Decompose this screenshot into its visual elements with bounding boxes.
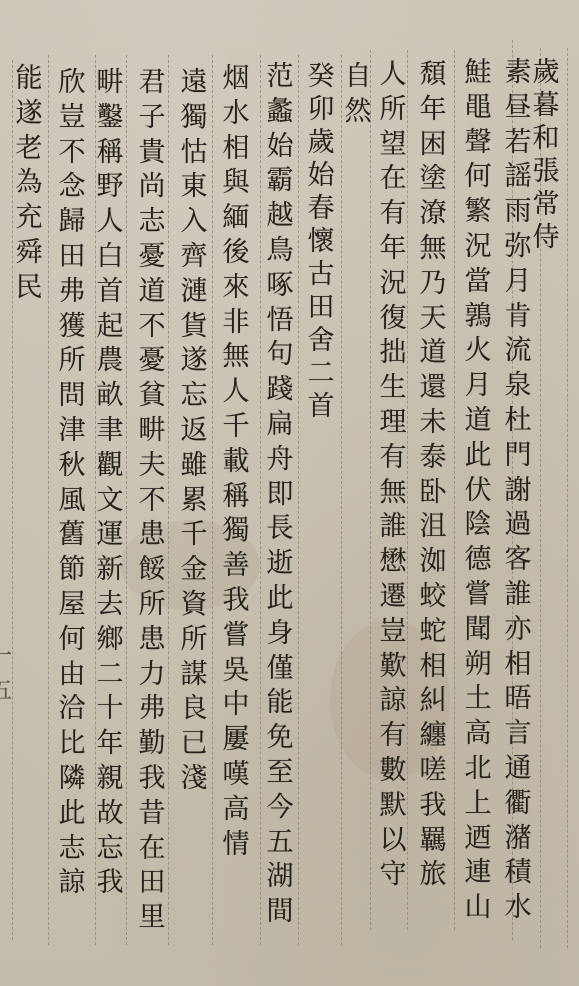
glyph: 相 [420, 650, 447, 685]
glyph: 言 [505, 717, 532, 752]
glyph: 田 [59, 240, 86, 275]
glyph: 老 [16, 132, 43, 167]
glyph: 上 [465, 787, 492, 822]
glyph: 稱 [97, 136, 124, 171]
glyph: 充 [16, 201, 43, 236]
glyph: 里 [139, 901, 166, 936]
glyph: 道 [139, 275, 166, 310]
glyph: 良 [181, 692, 208, 727]
glyph: 漣 [181, 275, 208, 310]
glyph: 頹 [420, 58, 447, 93]
glyph: 起 [97, 310, 124, 345]
glyph: 過 [505, 508, 532, 543]
glyph: 遠 [181, 66, 208, 101]
glyph: 二 [308, 357, 335, 390]
glyph: 昔 [139, 797, 166, 832]
glyph: 衢 [505, 787, 532, 822]
glyph: 昼 [505, 91, 532, 126]
glyph: 還 [420, 371, 447, 406]
glyph: 懋 [380, 545, 407, 580]
glyph: 吳 [223, 654, 250, 689]
glyph: 年 [97, 727, 124, 762]
glyph: 繁 [465, 195, 492, 230]
glyph: 火 [465, 334, 492, 369]
glyph: 入 [181, 205, 208, 240]
glyph: 子 [139, 101, 166, 136]
glyph: 親 [97, 762, 124, 797]
glyph: 年 [380, 232, 407, 267]
glyph: 洽 [59, 692, 86, 727]
text-column-9: 烟水相與緬後來非無人千載稱獨善我嘗吳中屢嘆高情 [218, 62, 254, 862]
glyph: 獲 [59, 310, 86, 345]
glyph: 豈 [380, 615, 407, 650]
glyph: 後 [223, 236, 250, 271]
glyph: 道 [420, 336, 447, 371]
glyph: 高 [223, 793, 250, 828]
glyph: 無 [380, 476, 407, 511]
text-column-10: 遠獨怙東入齊漣貨遂忘返雖累千金資所謀良已淺 [176, 66, 212, 797]
glyph: 情 [223, 828, 250, 863]
glyph: 以 [380, 824, 407, 859]
glyph: 懷 [308, 225, 335, 258]
glyph: 勤 [139, 727, 166, 762]
glyph: 伏 [465, 474, 492, 509]
glyph: 患 [139, 623, 166, 658]
glyph: 東 [181, 170, 208, 205]
glyph: 泉 [505, 369, 532, 404]
glyph: 張 [533, 155, 560, 188]
glyph: 緬 [223, 201, 250, 236]
glyph: 忘 [181, 379, 208, 414]
glyph: 鶉 [465, 300, 492, 335]
glyph: 雖 [181, 449, 208, 484]
text-column-14: 能遂老為充舜民 [14, 62, 44, 306]
glyph: 問 [59, 379, 86, 414]
glyph: 謡 [505, 160, 532, 195]
glyph: 人 [223, 375, 250, 410]
column-rule [260, 55, 261, 945]
glyph: 始 [308, 159, 335, 192]
glyph: 身 [267, 617, 294, 652]
glyph: 自 [345, 60, 372, 95]
glyph: 今 [267, 791, 294, 826]
glyph: 我 [97, 866, 124, 901]
glyph: 客 [505, 543, 532, 578]
glyph: 數 [380, 754, 407, 789]
glyph: 土 [465, 682, 492, 717]
glyph: 免 [267, 721, 294, 756]
glyph: 越 [267, 199, 294, 234]
glyph: 資 [181, 588, 208, 623]
glyph: 不 [59, 136, 86, 171]
glyph: 五 [267, 826, 294, 861]
glyph: 泰 [420, 441, 447, 476]
glyph: 去 [97, 588, 124, 623]
glyph: 嘗 [465, 578, 492, 613]
glyph: 我 [223, 584, 250, 619]
glyph: 遷 [380, 580, 407, 615]
glyph: 我 [139, 762, 166, 797]
glyph: 白 [97, 240, 124, 275]
column-rule [454, 50, 455, 930]
glyph: 月 [465, 369, 492, 404]
glyph: 門 [505, 439, 532, 474]
cut-off-edge-column: 一五 [0, 640, 14, 710]
glyph: 舍 [308, 324, 335, 357]
glyph: 水 [223, 97, 250, 132]
glyph: 尚 [139, 170, 166, 205]
glyph: 農 [97, 344, 124, 379]
glyph: 所 [380, 93, 407, 128]
glyph: 諒 [380, 684, 407, 719]
glyph: 文 [97, 484, 124, 519]
glyph: 能 [267, 686, 294, 721]
column-rule [48, 55, 49, 945]
glyph: 旅 [420, 858, 447, 893]
column-rule [298, 55, 299, 945]
glyph: 志 [139, 205, 166, 240]
glyph: 拙 [380, 336, 407, 371]
glyph: 在 [139, 832, 166, 867]
glyph: 淺 [181, 762, 208, 797]
glyph: 長 [267, 512, 294, 547]
glyph: 已 [181, 727, 208, 762]
glyph: 金 [181, 553, 208, 588]
glyph: 月 [505, 265, 532, 300]
glyph: 鄉 [97, 623, 124, 658]
glyph: 悟 [267, 304, 294, 339]
glyph: 貨 [181, 310, 208, 345]
text-column-13: 欣豈不念歸田弗獲所問津秋風舊節屋何由洽比隣此志諒 [54, 66, 90, 901]
glyph: 屋 [59, 588, 86, 623]
glyph: 憂 [139, 344, 166, 379]
glyph: 踐 [267, 373, 294, 408]
glyph: 聿 [97, 414, 124, 449]
glyph: 間 [267, 895, 294, 930]
glyph: 由 [59, 658, 86, 693]
glyph: 通 [505, 752, 532, 787]
glyph: 誰 [505, 578, 532, 613]
glyph: 不 [139, 484, 166, 519]
glyph: 千 [181, 518, 208, 553]
glyph: 屢 [223, 723, 250, 758]
glyph: 暮 [533, 89, 560, 122]
glyph: 弗 [139, 692, 166, 727]
glyph: 守 [380, 858, 407, 893]
glyph: 貧 [139, 379, 166, 414]
glyph: 患 [139, 518, 166, 553]
glyph: 觀 [97, 449, 124, 484]
glyph: 舊 [59, 518, 86, 553]
glyph: 欣 [59, 66, 86, 101]
glyph: 迺 [465, 822, 492, 857]
glyph: 念 [59, 170, 86, 205]
glyph: 肯 [505, 300, 532, 335]
text-column-4: 頹年困塗潦無乃天道還未泰卧沮洳蛟蛇相糾纏嗟我羈旅 [415, 58, 451, 893]
glyph: 聞 [465, 613, 492, 648]
glyph: 餒 [139, 553, 166, 588]
glyph: 扁 [267, 408, 294, 443]
glyph: 啄 [267, 269, 294, 304]
glyph: 中 [223, 688, 250, 723]
glyph: 纏 [420, 719, 447, 754]
glyph: 何 [465, 160, 492, 195]
glyph: 洳 [420, 545, 447, 580]
glyph: 豈 [59, 101, 86, 136]
glyph: 常 [533, 188, 560, 221]
glyph: 弗 [59, 275, 86, 310]
glyph: 一 [0, 640, 12, 675]
glyph: 況 [380, 267, 407, 302]
glyph: 朔 [465, 648, 492, 683]
glyph: 獨 [223, 514, 250, 549]
glyph: 貴 [139, 136, 166, 171]
glyph: 范 [267, 60, 294, 95]
glyph: 逝 [267, 547, 294, 582]
glyph: 蛇 [420, 615, 447, 650]
glyph: 善 [223, 549, 250, 584]
glyph: 即 [267, 478, 294, 513]
glyph: 陰 [465, 508, 492, 543]
glyph: 至 [267, 756, 294, 791]
glyph: 所 [139, 588, 166, 623]
glyph: 天 [420, 302, 447, 337]
glyph: 生 [380, 371, 407, 406]
glyph: 畝 [97, 379, 124, 414]
glyph: 糾 [420, 684, 447, 719]
glyph: 素 [505, 56, 532, 91]
glyph: 嘆 [223, 758, 250, 793]
glyph: 杜 [505, 404, 532, 439]
glyph: 節 [59, 553, 86, 588]
glyph: 舜 [16, 236, 43, 271]
glyph: 畊 [97, 66, 124, 101]
glyph: 憂 [139, 240, 166, 275]
glyph: 獨 [181, 101, 208, 136]
text-column-12: 畊鑿稱野人白首起農畝聿觀文運新去鄉二十年親故忘我 [92, 66, 128, 901]
glyph: 默 [380, 789, 407, 824]
glyph: 所 [181, 623, 208, 658]
glyph: 來 [223, 271, 250, 306]
glyph: 理 [380, 406, 407, 441]
glyph: 亦 [505, 613, 532, 648]
glyph: 夫 [139, 449, 166, 484]
glyph: 遂 [181, 344, 208, 379]
glyph: 人 [97, 205, 124, 240]
title-column-7: 癸卯歲始春懷古田舍二首 [303, 60, 339, 423]
glyph: 謀 [181, 658, 208, 693]
glyph: 畊 [139, 414, 166, 449]
glyph: 志 [59, 832, 86, 867]
glyph: 鮭 [465, 56, 492, 91]
column-rule [567, 48, 568, 948]
glyph: 道 [465, 404, 492, 439]
glyph: 歸 [59, 205, 86, 240]
glyph: 比 [59, 727, 86, 762]
column-rule [12, 60, 13, 940]
glyph: 德 [465, 543, 492, 578]
glyph: 在 [380, 162, 407, 197]
text-column-11: 君子貴尚志憂道不憂貧畊夫不患餒所患力弗勤我昔在田里 [134, 66, 170, 936]
glyph: 返 [181, 414, 208, 449]
glyph: 田 [139, 866, 166, 901]
glyph: 山 [465, 891, 492, 926]
glyph: 相 [223, 132, 250, 167]
glyph: 此 [465, 439, 492, 474]
glyph: 歲 [533, 56, 560, 89]
glyph: 雨 [505, 195, 532, 230]
glyph: 首 [308, 390, 335, 423]
glyph: 有 [380, 719, 407, 754]
glyph: 鳥 [267, 234, 294, 269]
glyph: 君 [139, 66, 166, 101]
glyph: 春 [308, 192, 335, 225]
glyph: 霸 [267, 164, 294, 199]
glyph: 晤 [505, 682, 532, 717]
glyph: 乃 [420, 267, 447, 302]
glyph: 塗 [420, 162, 447, 197]
glyph: 新 [97, 553, 124, 588]
glyph: 秋 [59, 449, 86, 484]
glyph: 況 [465, 230, 492, 265]
glyph: 蠡 [267, 95, 294, 130]
glyph: 誰 [380, 510, 407, 545]
glyph: 嘗 [223, 619, 250, 654]
glyph: 忘 [97, 832, 124, 867]
glyph: 潴 [505, 822, 532, 857]
glyph: 此 [59, 797, 86, 832]
glyph: 何 [59, 623, 86, 658]
text-column-5: 人所望在有年況復拙生理有無誰懋遷豈歎諒有數默以守 [375, 58, 411, 893]
glyph: 田 [308, 291, 335, 324]
glyph: 非 [223, 306, 250, 341]
glyph: 累 [181, 484, 208, 519]
glyph: 諒 [59, 866, 86, 901]
glyph: 鑿 [97, 101, 124, 136]
glyph: 困 [420, 128, 447, 163]
glyph: 侍 [533, 221, 560, 254]
glyph: 五 [0, 675, 12, 710]
glyph: 民 [16, 271, 43, 306]
glyph: 北 [465, 752, 492, 787]
glyph: 有 [380, 441, 407, 476]
glyph: 遂 [16, 97, 43, 132]
glyph: 運 [97, 518, 124, 553]
glyph: 故 [97, 797, 124, 832]
glyph: 謝 [505, 474, 532, 509]
column-rule [341, 55, 342, 945]
glyph: 為 [16, 166, 43, 201]
glyph: 歲 [308, 126, 335, 159]
glyph: 無 [420, 232, 447, 267]
glyph: 當 [465, 265, 492, 300]
text-column-3: 鮭黽聲何繁況當鶉火月道此伏陰德嘗聞朔土高北上迺連山 [460, 56, 496, 926]
glyph: 人 [380, 58, 407, 93]
glyph: 嗟 [420, 754, 447, 789]
glyph: 有 [380, 197, 407, 232]
glyph: 連 [465, 856, 492, 891]
glyph: 湖 [267, 860, 294, 895]
glyph: 未 [420, 406, 447, 441]
glyph: 舟 [267, 443, 294, 478]
glyph: 羈 [420, 824, 447, 859]
glyph: 津 [59, 414, 86, 449]
glyph: 年 [420, 93, 447, 128]
glyph: 此 [267, 582, 294, 617]
text-column-8: 范蠡始霸越鳥啄悟句踐扁舟即長逝此身僅能免至今五湖間 [262, 60, 298, 930]
text-column-2: 素昼若謡雨弥月肯流泉杜門謝過客誰亦相晤言通衢潴積水 [500, 56, 536, 926]
glyph: 首 [97, 275, 124, 310]
glyph: 積 [505, 856, 532, 891]
glyph: 稱 [223, 480, 250, 515]
glyph: 怙 [181, 136, 208, 171]
column-rule [370, 50, 371, 930]
glyph: 烟 [223, 62, 250, 97]
text-column-6: 自然 [340, 60, 376, 130]
glyph: 水 [505, 891, 532, 926]
glyph: 相 [505, 648, 532, 683]
glyph: 所 [59, 344, 86, 379]
glyph: 古 [308, 258, 335, 291]
glyph: 然 [345, 95, 372, 130]
glyph: 僅 [267, 652, 294, 687]
glyph: 風 [59, 484, 86, 519]
glyph: 句 [267, 338, 294, 373]
glyph: 流 [505, 334, 532, 369]
glyph: 蛟 [420, 580, 447, 615]
glyph: 野 [97, 170, 124, 205]
glyph: 沮 [420, 510, 447, 545]
glyph: 二 [97, 658, 124, 693]
glyph: 不 [139, 310, 166, 345]
glyph: 載 [223, 445, 250, 480]
glyph: 我 [420, 789, 447, 824]
glyph: 歎 [380, 650, 407, 685]
glyph: 無 [223, 340, 250, 375]
glyph: 弥 [505, 230, 532, 265]
glyph: 聲 [465, 126, 492, 161]
glyph: 齊 [181, 240, 208, 275]
glyph: 始 [267, 130, 294, 165]
glyph: 千 [223, 410, 250, 445]
glyph: 卧 [420, 476, 447, 511]
glyph: 望 [380, 128, 407, 163]
glyph: 和 [533, 122, 560, 155]
glyph: 力 [139, 658, 166, 693]
glyph: 卯 [308, 93, 335, 126]
glyph: 潦 [420, 197, 447, 232]
glyph: 與 [223, 166, 250, 201]
glyph: 能 [16, 62, 43, 97]
glyph: 癸 [308, 60, 335, 93]
glyph: 黽 [465, 91, 492, 126]
column-rule [212, 55, 213, 945]
glyph: 十 [97, 692, 124, 727]
glyph: 若 [505, 126, 532, 161]
glyph: 復 [380, 302, 407, 337]
glyph: 高 [465, 717, 492, 752]
glyph: 隣 [59, 762, 86, 797]
